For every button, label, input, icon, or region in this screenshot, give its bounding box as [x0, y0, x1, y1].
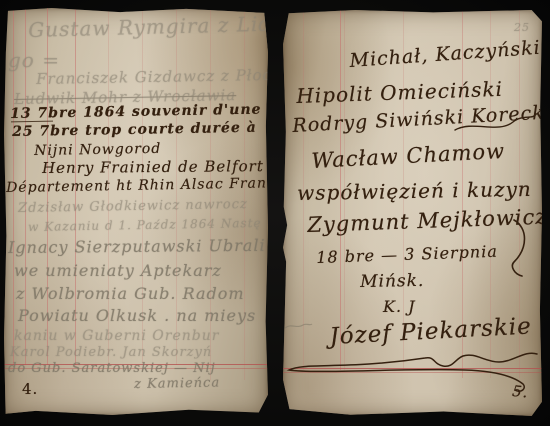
handwriting-line: Rodryg Siwiński Korecki: [292, 103, 542, 136]
handwriting-line: 25 7bre trop courte durée à: [12, 121, 257, 139]
ruling-horizontal-line: [283, 372, 542, 373]
handwriting-line: Michał, Kaczyński —: [349, 37, 542, 71]
handwriting-line: K. J: [383, 299, 416, 315]
ruling-horizontal-line: [283, 368, 542, 369]
handwriting-line: Karol Podiebr. Jan Skorzyń: [10, 346, 212, 359]
handwriting-line: Hipolit Omieciński: [296, 79, 503, 106]
handwriting-line: współwięzień i kuzyn: [297, 179, 532, 203]
photo-background: Gustaw Rymgira z Lidzkie- go = Francisze…: [0, 0, 550, 426]
handwriting-line: Gustaw Rymgira z Lidzkie-: [28, 12, 268, 40]
handwriting-line: Franciszek Gizdawcz z Płocka: [36, 68, 268, 87]
handwriting-line: Zdzisław Głodkiewicz nawrocz: [18, 198, 248, 215]
handwriting-line: Mińsk.: [360, 273, 425, 291]
handwriting-line: Nijni Nowgorod: [34, 142, 161, 158]
handwriting-line: z Kamieńca: [134, 376, 220, 390]
handwriting-line: Département ht Rhin Alsac Franç.: [6, 176, 268, 195]
page-number-left: 4.: [22, 382, 38, 397]
handwriting-line: we umieniaty Aptekarz: [14, 263, 222, 279]
handwriting-line: 18 bre — 3 Sierpnia: [316, 244, 498, 266]
handwriting-line: go =: [8, 50, 60, 70]
left-page: Gustaw Rymgira z Lidzkie- go = Francisze…: [4, 8, 268, 415]
signature: Józef Piekarskie: [329, 315, 532, 349]
signature-flourish: [285, 348, 541, 400]
handwriting-line: z Wolbromia Gub. Radom: [16, 286, 245, 302]
handwriting-line: Henry Frainied de Belfort: [42, 159, 264, 176]
handwriting-line: kaniu w Guberni Orenbur: [14, 329, 219, 343]
corner-page-number: 25: [514, 22, 530, 33]
handwriting-line: Ignacy Sierzputawski Ubrali: [8, 238, 266, 256]
handwriting-line: w Kazaniu d 1. Paźdz 1864 Nastę: [28, 217, 262, 233]
page-number-right: 5.: [511, 384, 529, 401]
handwriting-line: do Gub. Saratowskiej — Nij: [8, 362, 216, 375]
handwriting-line: Zygmunt Mejkłowicz .: [307, 206, 542, 236]
right-page: 25 Michał, Kaczyński — Hipolit Omiecińsk…: [283, 10, 542, 416]
pencil-smudge: [283, 320, 313, 332]
handwriting-line: 13 7bre 1864 souvenir d'une: [10, 103, 262, 121]
handwriting-line: Powiatu Olkusk . na mieys: [18, 308, 256, 324]
